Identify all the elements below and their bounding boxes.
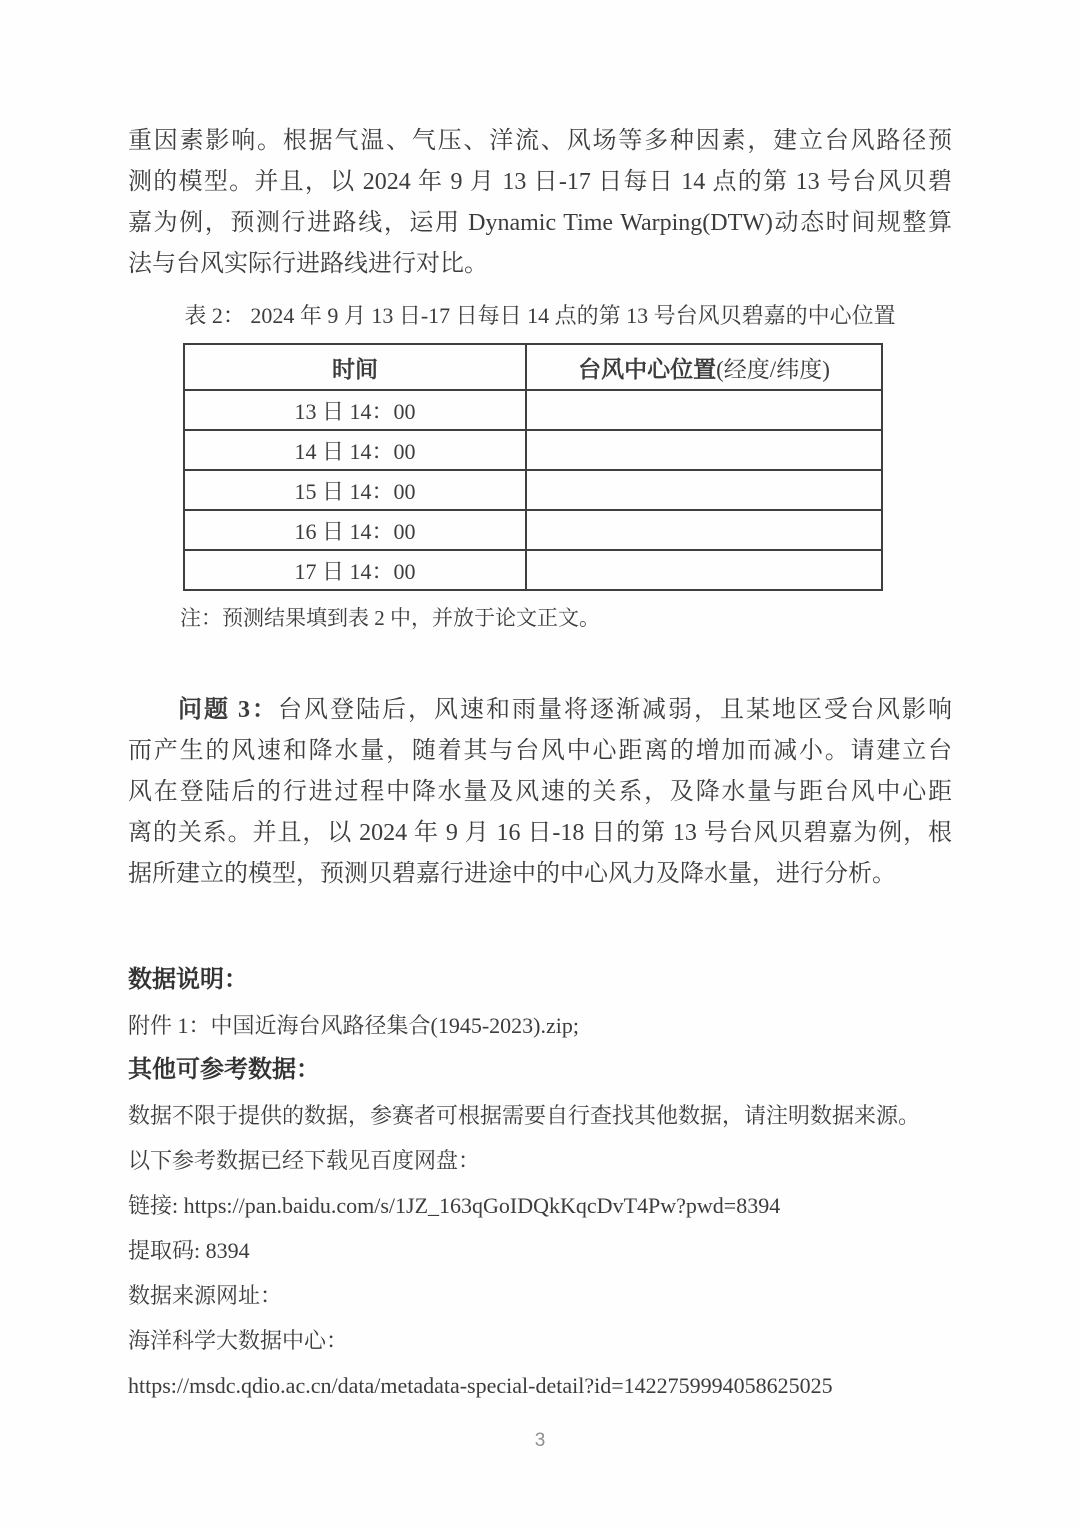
problem3-line1: 台风登陆后，风速和雨量将逐渐减弱，且某地区受台风影响 bbox=[278, 697, 952, 723]
data-source-label: 数据来源网址： bbox=[128, 1273, 952, 1318]
paragraph-line: 重因素影响。根据气温、气压、洋流、风场等多种因素，建立台风路径预 bbox=[128, 121, 952, 162]
other-reference-heading: 其他可参考数据： bbox=[128, 1048, 952, 1093]
table-cell-position bbox=[526, 470, 882, 510]
attachment-line: 附件 1：中国近海台风路径集合(1945-2023).zip; bbox=[128, 1003, 952, 1048]
ref-data-downloaded-line: 以下参考数据已经下载见百度网盘： bbox=[128, 1138, 952, 1183]
extract-code-line: 提取码: 8394 bbox=[128, 1228, 952, 1273]
data-note-line: 数据不限于提供的数据，参赛者可根据需要自行查找其他数据，请注明数据来源。 bbox=[128, 1093, 952, 1138]
table-cell-position bbox=[526, 510, 882, 550]
table2-note: 注：预测结果填到表 2 中，并放于论文正文。 bbox=[180, 603, 952, 633]
table2-header-row: 时间 台风中心位置(经度/纬度) bbox=[184, 344, 882, 390]
msdc-label: 海洋科学大数据中心： bbox=[128, 1318, 952, 1363]
paragraph-line: 离的关系。并且，以 2024 年 9 月 16 日-18 日的第 13 号台风贝… bbox=[128, 813, 952, 854]
table2-header-position: 台风中心位置(经度/纬度) bbox=[526, 344, 882, 390]
table-row: 16 日 14：00 bbox=[184, 510, 882, 550]
data-description-heading: 数据说明： bbox=[128, 958, 952, 1003]
table-row: 13 日 14：00 bbox=[184, 390, 882, 430]
page-number: 3 bbox=[0, 1430, 1080, 1452]
table2-header-position-unit: (经度/纬度) bbox=[716, 357, 830, 382]
table-row: 15 日 14：00 bbox=[184, 470, 882, 510]
table-cell-time: 16 日 14：00 bbox=[184, 510, 526, 550]
paragraph-line: 风在登陆后的行进过程中降水量及风速的关系，及降水量与距台风中心距 bbox=[128, 772, 952, 813]
msdc-url-line: https://msdc.qdio.ac.cn/data/metadata-sp… bbox=[128, 1363, 952, 1408]
table2-caption: 表 2： 2024 年 9 月 13 日-17 日每日 14 点的第 13 号台… bbox=[128, 300, 952, 332]
table-cell-time: 17 日 14：00 bbox=[184, 550, 526, 590]
table-row: 17 日 14：00 bbox=[184, 550, 882, 590]
table2: 时间 台风中心位置(经度/纬度) 13 日 14：00 14 日 14：00 1… bbox=[183, 343, 883, 591]
paragraph-line: 嘉为例，预测行进路线，运用 Dynamic Time Warping(DTW)动… bbox=[128, 203, 952, 244]
table-cell-time: 13 日 14：00 bbox=[184, 390, 526, 430]
table-cell-position bbox=[526, 390, 882, 430]
problem3-paragraph: 问题 3：台风登陆后，风速和雨量将逐渐减弱，且某地区受台风影响 而产生的风速和降… bbox=[128, 690, 952, 895]
table-row: 14 日 14：00 bbox=[184, 430, 882, 470]
page-content: 重因素影响。根据气温、气压、洋流、风场等多种因素，建立台风路径预 测的模型。并且… bbox=[128, 0, 952, 1408]
table2-header-position-main: 台风中心位置 bbox=[578, 357, 716, 382]
table-cell-position bbox=[526, 430, 882, 470]
paragraph-line: 问题 3：台风登陆后，风速和雨量将逐渐减弱，且某地区受台风影响 bbox=[128, 690, 952, 731]
table-cell-time: 15 日 14：00 bbox=[184, 470, 526, 510]
problem3-label: 问题 3： bbox=[176, 697, 278, 723]
paragraph-line: 而产生的风速和降水量，随着其与台风中心距离的增加而减小。请建立台 bbox=[128, 731, 952, 772]
table-cell-position bbox=[526, 550, 882, 590]
paragraph-line: 法与台风实际行进路线进行对比。 bbox=[128, 244, 952, 285]
baidu-pan-link-line: 链接: https://pan.baidu.com/s/1JZ_163qGoID… bbox=[128, 1183, 952, 1228]
document-page: 重因素影响。根据气温、气压、洋流、风场等多种因素，建立台风路径预 测的模型。并且… bbox=[0, 0, 1080, 1527]
table2-header-time: 时间 bbox=[184, 344, 526, 390]
paragraph-line: 据所建立的模型，预测贝碧嘉行进途中的中心风力及降水量，进行分析。 bbox=[128, 854, 952, 895]
paragraph-continued: 重因素影响。根据气温、气压、洋流、风场等多种因素，建立台风路径预 测的模型。并且… bbox=[128, 121, 952, 285]
paragraph-line: 测的模型。并且，以 2024 年 9 月 13 日-17 日每日 14 点的第 … bbox=[128, 162, 952, 203]
table-cell-time: 14 日 14：00 bbox=[184, 430, 526, 470]
